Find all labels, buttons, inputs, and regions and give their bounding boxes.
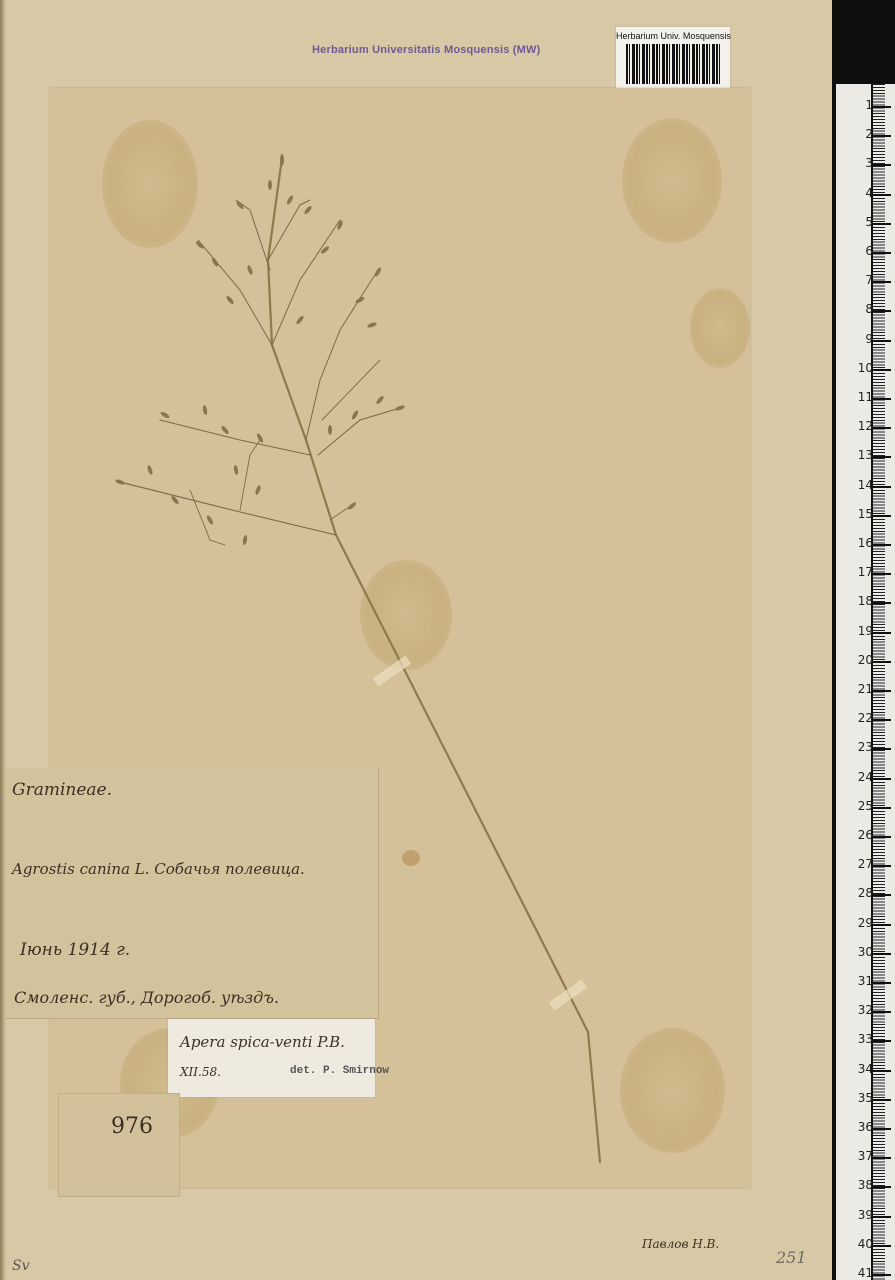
specimen-number: 976: [111, 1114, 153, 1139]
ruler-major-tick: [873, 573, 891, 575]
ruler-major-tick: [873, 748, 891, 750]
collector-name: Павлов Н.В.: [642, 1237, 719, 1251]
determiner: det. P. Smirnow: [290, 1065, 389, 1077]
ruler-label: 22: [858, 711, 873, 725]
ruler-major-tick: [873, 982, 891, 984]
ruler-label: 6: [865, 244, 873, 258]
ruler-label: 24: [858, 770, 873, 784]
ruler-major-tick: [873, 194, 891, 196]
ruler-major-tick: [873, 398, 891, 400]
determination-date: XII.58.: [180, 1065, 221, 1079]
ruler-major-tick: [873, 602, 891, 604]
sheet-number: 251: [776, 1248, 807, 1267]
ruler-major-tick: [873, 252, 891, 254]
ruler-label: 11: [858, 390, 873, 404]
ruler-major-tick: [873, 1157, 891, 1159]
ruler-label: 27: [858, 857, 873, 871]
ruler-major-tick: [873, 135, 891, 137]
ruler-major-tick: [873, 1128, 891, 1130]
determined-taxon: Apera spica-venti P.B.: [180, 1033, 345, 1051]
ruler-major-tick: [873, 456, 891, 458]
ruler-major-tick: [873, 281, 891, 283]
ruler-major-tick: [873, 1216, 891, 1218]
ruler-label: 38: [858, 1178, 873, 1192]
ruler-label: 10: [858, 361, 873, 375]
ruler-major-tick: [873, 1245, 891, 1247]
ruler-label: 25: [858, 799, 873, 813]
ruler-label: 35: [858, 1091, 873, 1105]
ruler-major-tick: [873, 106, 891, 108]
ruler-label: 33: [858, 1032, 873, 1046]
ruler-label: 19: [858, 624, 873, 638]
ruler-label: 36: [858, 1120, 873, 1134]
ruler-major-tick: [873, 1186, 891, 1188]
ruler-label: 4: [865, 186, 873, 200]
herbarium-sheet: Herbarium Universitatis Mosquensis (MW) …: [0, 0, 832, 1280]
ruler-major-tick: [873, 953, 891, 955]
ruler-major-tick: [873, 1274, 891, 1276]
ruler-label: 14: [858, 478, 873, 492]
ruler-label: 34: [858, 1062, 873, 1076]
taxon-name: Agrostis canina L. Собачья полевица.: [12, 860, 305, 878]
grass-specimen: [0, 0, 832, 1280]
number-label: 976: [58, 1093, 180, 1197]
ruler-label: 23: [858, 740, 873, 754]
ruler-label: 31: [858, 974, 873, 988]
ruler-major-tick: [873, 836, 891, 838]
corner-mark: Sv: [12, 1258, 30, 1274]
ruler-label: 15: [858, 507, 873, 521]
ruler-major-tick: [873, 632, 891, 634]
ruler-major-tick: [873, 661, 891, 663]
ruler-major-tick: [873, 894, 891, 896]
ruler-label: 3: [865, 156, 873, 170]
ruler-major-tick: [873, 223, 891, 225]
collection-locality: Смоленс. губ., Дорогоб. уѣздъ.: [14, 988, 279, 1007]
ruler-label: 30: [858, 945, 873, 959]
ruler-major-tick: [873, 1011, 891, 1013]
ruler-major-tick: [873, 924, 891, 926]
ruler-label: 16: [858, 536, 873, 550]
ruler-label: 13: [858, 448, 873, 462]
ruler-major-tick: [873, 1040, 891, 1042]
ruler-label: 40: [858, 1237, 873, 1251]
ruler-major-tick: [873, 164, 891, 166]
ruler-label: 7: [865, 273, 873, 287]
ruler-major-tick: [873, 515, 891, 517]
ruler-label: 37: [858, 1149, 873, 1163]
ruler-major-tick: [873, 310, 891, 312]
ruler-label: 29: [858, 916, 873, 930]
ruler-major-tick: [873, 486, 891, 488]
ruler-label: 8: [865, 302, 873, 316]
ruler-label: 18: [858, 594, 873, 608]
ruler-label: 17: [858, 565, 873, 579]
collection-label: Gramineae. Agrostis canina L. Собачья по…: [2, 768, 379, 1019]
ruler-major-tick: [873, 690, 891, 692]
measurement-ruler: 1234567891011121314151617181920212223242…: [836, 84, 895, 1280]
determination-label: Apera spica-venti P.B. XII.58. det. P. S…: [168, 1019, 375, 1097]
ruler-label: 9: [865, 332, 873, 346]
ruler-major-tick: [873, 865, 891, 867]
ruler-major-tick: [873, 369, 891, 371]
ruler-major-tick: [873, 544, 891, 546]
ruler-label: 26: [858, 828, 873, 842]
ruler-label: 41: [858, 1266, 873, 1280]
ruler-major-tick: [873, 427, 891, 429]
ruler-major-tick: [873, 719, 891, 721]
ruler-label: 12: [858, 419, 873, 433]
ruler-major-tick: [873, 1070, 891, 1072]
ruler-label: 21: [858, 682, 873, 696]
ruler-major-tick: [873, 807, 891, 809]
ruler-label: 20: [858, 653, 873, 667]
ruler-major-tick: [873, 1099, 891, 1101]
ruler-label: 2: [865, 127, 873, 141]
ruler-label: 28: [858, 886, 873, 900]
ruler-label: 1: [865, 98, 873, 112]
mounting-tape: [549, 979, 588, 1010]
ruler-major-tick: [873, 778, 891, 780]
collection-date: Іюнь 1914 г.: [20, 940, 130, 960]
ruler-label: 39: [858, 1208, 873, 1222]
ruler-major-tick: [873, 340, 891, 342]
family-name: Gramineae.: [12, 780, 112, 800]
ruler-label: 32: [858, 1003, 873, 1017]
ruler-label: 5: [865, 215, 873, 229]
